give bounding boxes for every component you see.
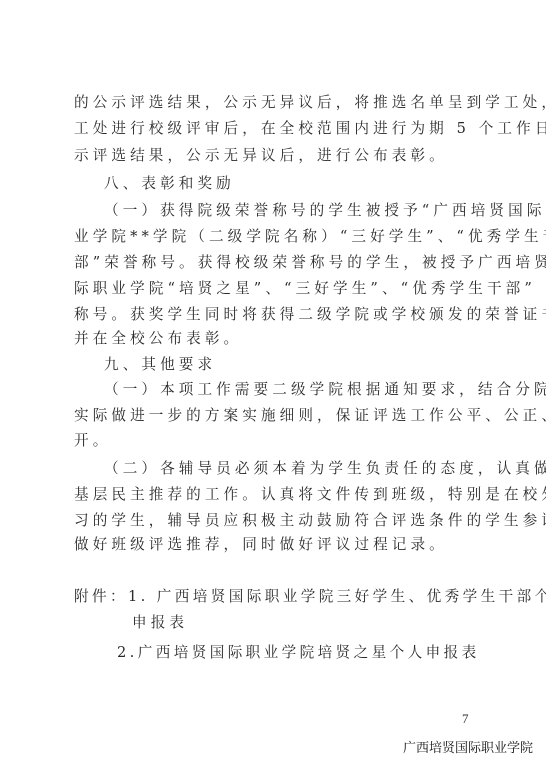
attachment-item-2: 2.广西培贤国际职业学院培贤之星个人申报表 (117, 643, 517, 663)
paragraph-line: 开。 (74, 431, 474, 451)
paragraph-line: （二）各辅导员必须本着为学生负责任的态度，认真做好 (104, 459, 504, 479)
paragraph-line: （一）本项工作需要二级学院根据通知要求，结合分院的 (104, 380, 504, 400)
section-heading-8: 八、表彰和奖励 (104, 174, 504, 194)
footer-watermark: 广西培贤国际职业学院 (403, 740, 533, 758)
paragraph-line: 示评选结果，公示无异议后，进行公布表彰。 (74, 146, 474, 166)
paragraph-line: 基层民主推荐的工作。认真将文件传到班级，特别是在校外实 (74, 485, 474, 505)
paragraph-line: 习的学生，辅导员应积极主动鼓励符合评选条件的学生参评， (74, 511, 474, 531)
paragraph-line: 实际做进一步的方案实施细则，保证评选工作公平、公正、公 (74, 406, 474, 426)
paragraph-line: 业学院**学院（二级学院名称）“三好学生”、“优秀学生干 (74, 227, 474, 247)
document-page: 的公示评选结果，公示无异议后，将推选名单呈到学工处，学 工处进行校级评审后，在全… (0, 0, 546, 767)
attachment-item-1: 附件：1. 广西培贤国际职业学院三好学生、优秀学生干部个人 (74, 587, 474, 607)
paragraph-line: 工处进行校级评审后，在全校范围内进行为期 5 个工作日的公 (74, 119, 474, 139)
attachment-item-1-continued: 申报表 (132, 613, 532, 633)
paragraph-line: 部”荣誉称号。获得校级荣誉称号的学生，被授予广西培贤国 (74, 253, 474, 273)
paragraph-line: （一）获得院级荣誉称号的学生被授予“广西培贤国际职 (104, 201, 504, 221)
section-heading-9: 九、其他要求 (104, 355, 504, 375)
paragraph-line: 并在全校公布表彰。 (74, 329, 474, 349)
paragraph-line: 做好班级评选推荐，同时做好评议过程记录。 (74, 535, 474, 555)
paragraph-line: 称号。获奖学生同时将获得二级学院或学校颁发的荣誉证书， (74, 305, 474, 325)
paragraph-line: 际职业学院“培贤之星”、“三好学生”、“优秀学生干部” (74, 279, 474, 299)
page-number: 7 (462, 710, 469, 728)
paragraph-line: 的公示评选结果，公示无异议后，将推选名单呈到学工处，学 (74, 93, 474, 113)
